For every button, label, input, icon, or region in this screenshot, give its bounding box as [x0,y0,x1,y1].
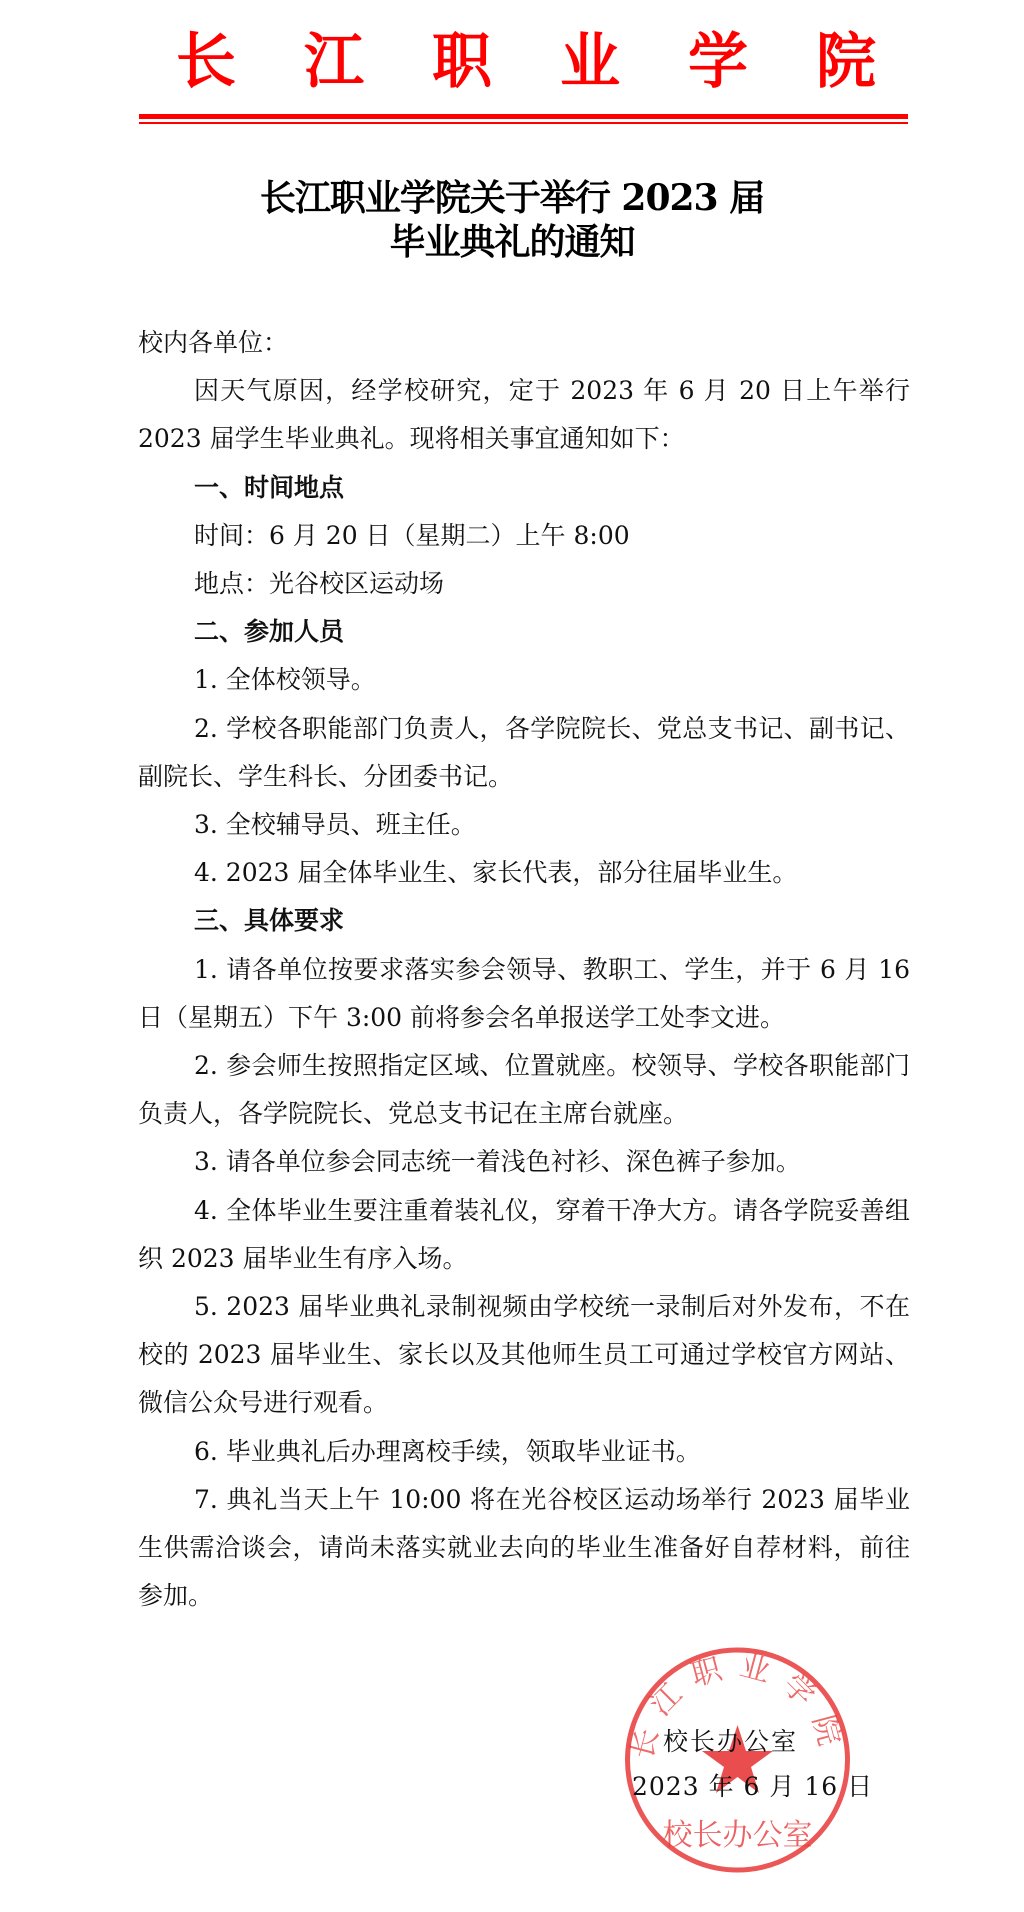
section-item: 地点：光谷校区运动场 [138,560,910,608]
section-item: 4. 全体毕业生要注重着装礼仪，穿着干净大方。请各学院妥善组织 2023 届毕业… [138,1187,910,1283]
section-item: 7. 典礼当天上午 10:00 将在光谷校区运动场举行 2023 届毕业生供需洽… [138,1476,910,1621]
section-heading: 一、时间地点 [138,464,910,512]
document-title-line2: 毕业典礼的通知 [0,214,1024,265]
masthead-rule-thin [139,122,908,124]
section-item: 3. 请各单位参会同志统一着浅色衬衫、深色裤子参加。 [138,1138,910,1186]
section-item: 3. 全校辅导员、班主任。 [138,801,910,849]
masthead-rule-thick [139,114,908,119]
masthead-char: 业 [560,22,620,102]
section-heading: 二、参加人员 [138,608,910,656]
signature-office: 校长办公室 [663,1727,798,1757]
section-item: 2. 学校各职能部门负责人，各学院院长、党总支书记、副书记、副院长、学生科长、分… [138,705,910,801]
section-item: 6. 毕业典礼后办理离校手续，领取毕业证书。 [138,1428,910,1476]
masthead-char: 职 [432,22,492,102]
masthead-char: 院 [816,22,876,102]
masthead-char: 长 [176,22,236,102]
signature-date: 2023 年 6 月 16 日 [632,1772,873,1802]
document-page: 长 江 职 业 学 院 长江职业学院关于举行 2023 届 毕业典礼的通知 校内… [0,0,1024,1912]
section-item: 4. 2023 届全体毕业生、家长代表，部分往届毕业生。 [138,849,910,897]
intro-paragraph: 因天气原因，经学校研究，定于 2023 年 6 月 20 日上午举行 2023 … [138,367,910,463]
section-heading: 三、具体要求 [138,897,910,945]
masthead-char: 学 [688,22,748,102]
salutation: 校内各单位： [138,319,910,367]
document-body: 校内各单位： 因天气原因，经学校研究，定于 2023 年 6 月 20 日上午举… [138,319,910,1620]
masthead-char: 江 [304,22,364,102]
seal-bottom-text: 校长办公室 [663,1818,813,1853]
official-seal-stamp: 长江职业学院 校长办公室 [623,1647,852,1873]
masthead: 长 江 职 业 学 院 [140,22,908,102]
section-item: 1. 全体校领导。 [138,656,910,704]
section-item: 5. 2023 届毕业典礼录制视频由学校统一录制后对外发布，不在校的 2023 … [138,1283,910,1428]
section-item: 2. 参会师生按照指定区域、位置就座。校领导、学校各职能部门负责人，各学院院长、… [138,1042,910,1138]
section-item: 时间：6 月 20 日（星期二）上午 8:00 [138,512,910,560]
section-item: 1. 请各单位按要求落实参会领导、教职工、学生，并于 6 月 16 日（星期五）… [138,946,910,1042]
